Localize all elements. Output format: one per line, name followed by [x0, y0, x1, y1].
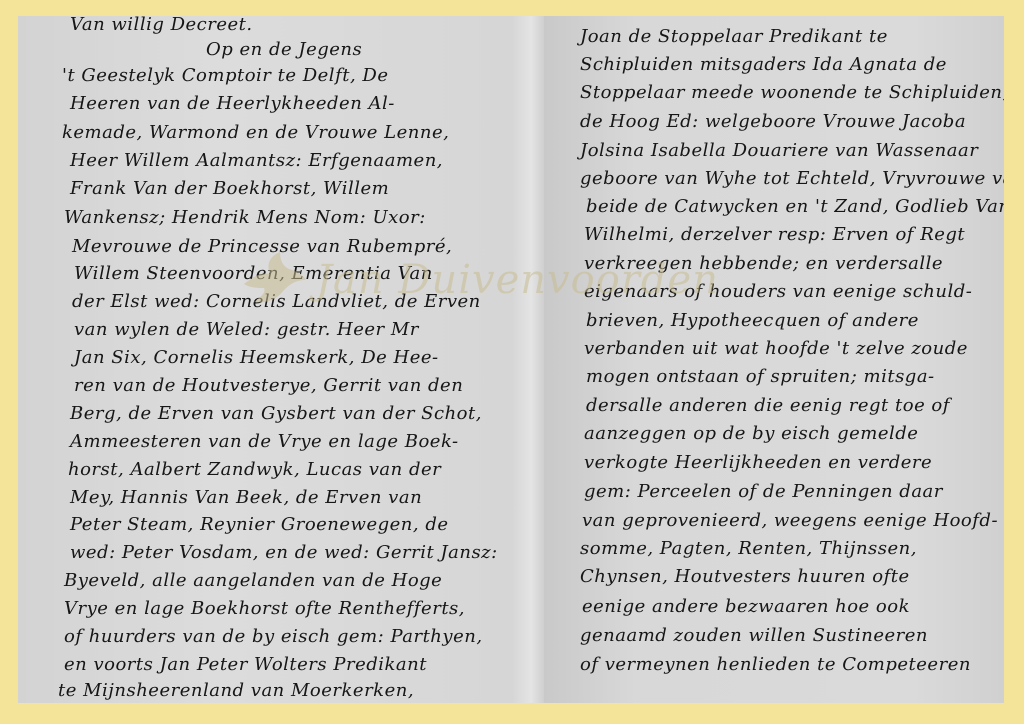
manuscript-line: 't Geestelyk Comptoir te Delft, De	[62, 65, 389, 86]
manuscript-line: horst, Aalbert Zandwyk, Lucas van der	[68, 459, 441, 480]
manuscript-line: Van willig Decreet.	[70, 16, 253, 35]
manuscript-line: Willem Steenvoorden, Emerentia Van	[74, 263, 433, 284]
manuscript-line: van geprovenieerd, weegens eenige Hoofd-	[582, 510, 998, 531]
manuscript-line: te Mijnsheerenland van Moerkerken,	[58, 680, 414, 701]
manuscript-line: Mey, Hannis Van Beek, de Erven van	[70, 487, 422, 508]
manuscript-line: Jan Six, Cornelis Heemskerk, De Hee-	[74, 347, 439, 368]
manuscript-line: mogen ontstaan of spruiten; mitsga-	[586, 366, 935, 387]
manuscript-line: Heer Willem Aalmantsz: Erfgenaamen,	[70, 150, 443, 171]
manuscript-line: somme, Pagten, Renten, Thijnssen,	[580, 538, 917, 559]
manuscript-line: Jolsina Isabella Douariere van Wassenaar	[580, 140, 978, 161]
manuscript-line: genaamd zouden willen Sustineeren	[580, 625, 928, 646]
manuscript-line: ren van de Houtvesterye, Gerrit van den	[74, 375, 463, 396]
manuscript-line: Wilhelmi, derzelver resp: Erven of Regt	[584, 224, 965, 245]
manuscript-line: en voorts Jan Peter Wolters Predikant	[64, 654, 427, 675]
manuscript-line: of vermeynen henlieden te Competeeren	[580, 654, 971, 675]
left-page: Van willig Decreet. Op en de Jegens 't G…	[18, 16, 512, 703]
manuscript-line: Berg, de Erven van Gysbert van der Schot…	[70, 403, 482, 424]
manuscript-line: Frank Van der Boekhorst, Willem	[70, 178, 389, 199]
manuscript-line: Heeren van de Heerlykheeden Al-	[70, 93, 395, 114]
manuscript-line: verbanden uit wat hoofde 't zelve zoude	[584, 338, 968, 359]
manuscript-line: kemade, Warmond en de Vrouwe Lenne,	[62, 122, 449, 143]
manuscript-line: verkreegen hebbende; en verdersalle	[584, 253, 943, 274]
right-page: Joan de Stoppelaar Predikant te Schiplui…	[544, 16, 1004, 703]
manuscript-line: Vrye en lage Boekhorst ofte Renthefferts…	[64, 598, 465, 619]
manuscript-line: of huurders van de by eisch gem: Parthye…	[64, 626, 483, 647]
manuscript-line: dersalle anderen die eenig regt toe of	[586, 395, 950, 416]
manuscript-line: gem: Perceelen of de Penningen daar	[584, 481, 943, 502]
manuscript-line: verkogte Heerlijkheeden en verdere	[584, 452, 932, 473]
manuscript-line: wed: Peter Vosdam, en de wed: Gerrit Jan…	[70, 542, 498, 563]
manuscript-line: eigenaars of houders van eenige schuld-	[584, 281, 972, 302]
manuscript-line: beide de Catwycken en 't Zand, Godlieb V…	[586, 196, 1004, 217]
manuscript-line: van wylen de Weled: gestr. Heer Mr	[74, 319, 419, 340]
manuscript-line: eenige andere bezwaaren hoe ook	[582, 596, 910, 617]
manuscript-line: der Elst wed: Cornelis Landvliet, de Erv…	[72, 291, 481, 312]
manuscript-line: Chynsen, Houtvesters huuren ofte	[580, 566, 910, 587]
manuscript-heading: Op en de Jegens	[206, 39, 362, 60]
manuscript-line: aanzeggen op de by eisch gemelde	[584, 423, 918, 444]
manuscript-line: Joan de Stoppelaar Predikant te	[580, 26, 888, 47]
manuscript-line: brieven, Hypotheecquen of andere	[586, 310, 919, 331]
page-gutter	[512, 16, 544, 703]
manuscript-line: geboore van Wyhe tot Echteld, Vryvrouwe …	[580, 168, 1004, 189]
manuscript-line: Mevrouwe de Princesse van Rubempré,	[72, 236, 452, 257]
manuscript-line: Ammeesteren van de Vrye en lage Boek-	[70, 431, 459, 452]
manuscript-line: Byeveld, alle aangelanden van de Hoge	[64, 570, 442, 591]
manuscript-line: Peter Steam, Reynier Groenewegen, de	[70, 514, 449, 535]
manuscript-line: Stoppelaar meede woonende te Schipluiden…	[580, 82, 1004, 103]
manuscript-line: Wankensz; Hendrik Mens Nom: Uxor:	[64, 207, 426, 228]
manuscript-line: de Hoog Ed: welgeboore Vrouwe Jacoba	[580, 111, 966, 132]
manuscript-scan: Van willig Decreet. Op en de Jegens 't G…	[18, 16, 1004, 703]
manuscript-line: Schipluiden mitsgaders Ida Agnata de	[580, 54, 947, 75]
